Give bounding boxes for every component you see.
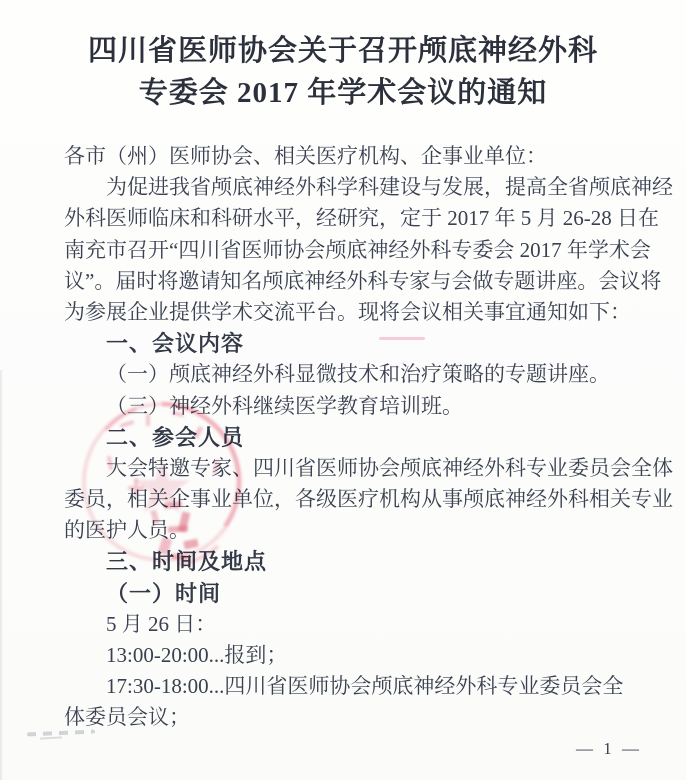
notice-title-line2: 专委会 2017 年学术会议的通知	[0, 72, 686, 114]
section2-line-1: 大会特邀专家、四川省医师协会颅底神经外科专业委员会全体	[64, 453, 632, 484]
intro-line-2: 外科医师临床和科研水平，经研究，定于 2017 年 5 月 26-28 日在	[64, 203, 632, 234]
section1-heading: 一、会议内容	[64, 328, 632, 359]
schedule-line-2-cont: 体委员会议；	[64, 702, 632, 733]
notice-body: 各市（州）医师协会、相关医疗机构、企事业单位： 为促进我省颅底神经外科学科建设与…	[64, 141, 632, 734]
notice-title: 四川省医师协会关于召开颅底神经外科 专委会 2017 年学术会议的通知	[0, 30, 686, 114]
section1-item-1: （一）颅底神经外科显微技术和治疗策略的专题讲座。	[64, 359, 632, 390]
section3-sub-heading-time: （一）时间	[64, 578, 632, 609]
notice-title-line1: 四川省医师协会关于召开颅底神经外科	[0, 30, 686, 72]
schedule-line-1: 13:00-20:00...报到；	[64, 640, 632, 671]
date-line: 5 月 26 日：	[64, 609, 632, 640]
section2-line-3: 的医护人员。	[64, 515, 632, 546]
intro-line-3: 南充市召开“四川省医师协会颅底神经外科专委会 2017 年学术会	[64, 235, 632, 266]
scanned-notice-page: 四川省医师协会关于召开颅底神经外科 专委会 2017 年学术会议的通知 各市（州…	[0, 0, 686, 780]
page-edge-shadow	[0, 370, 3, 780]
intro-line-5: 为参展企业提供学术交流平台。现将会议相关事宜通知如下：	[64, 297, 632, 328]
section3-heading: 三、时间及地点	[64, 546, 632, 577]
scan-smudge-2	[40, 736, 62, 739]
page-number: — 1 —	[576, 739, 642, 759]
section2-line-2: 委员，相关企事业单位，各级医疗机构从事颅底神经外科相关专业	[64, 484, 632, 515]
salutation-line: 各市（州）医师协会、相关医疗机构、企事业单位：	[64, 141, 632, 172]
section2-heading: 二、参会人员	[64, 422, 632, 453]
intro-line-4: 议”。届时将邀请知名颅底神经外科专家与会做专题讲座。会议将	[64, 266, 632, 297]
intro-line-1: 为促进我省颅底神经外科学科建设与发展，提高全省颅底神经	[64, 172, 632, 203]
schedule-line-2: 17:30-18:00...四川省医师协会颅底神经外科专业委员会全	[64, 671, 632, 702]
section1-item-3: （三）神经外科继续医学教育培训班。	[64, 391, 632, 422]
